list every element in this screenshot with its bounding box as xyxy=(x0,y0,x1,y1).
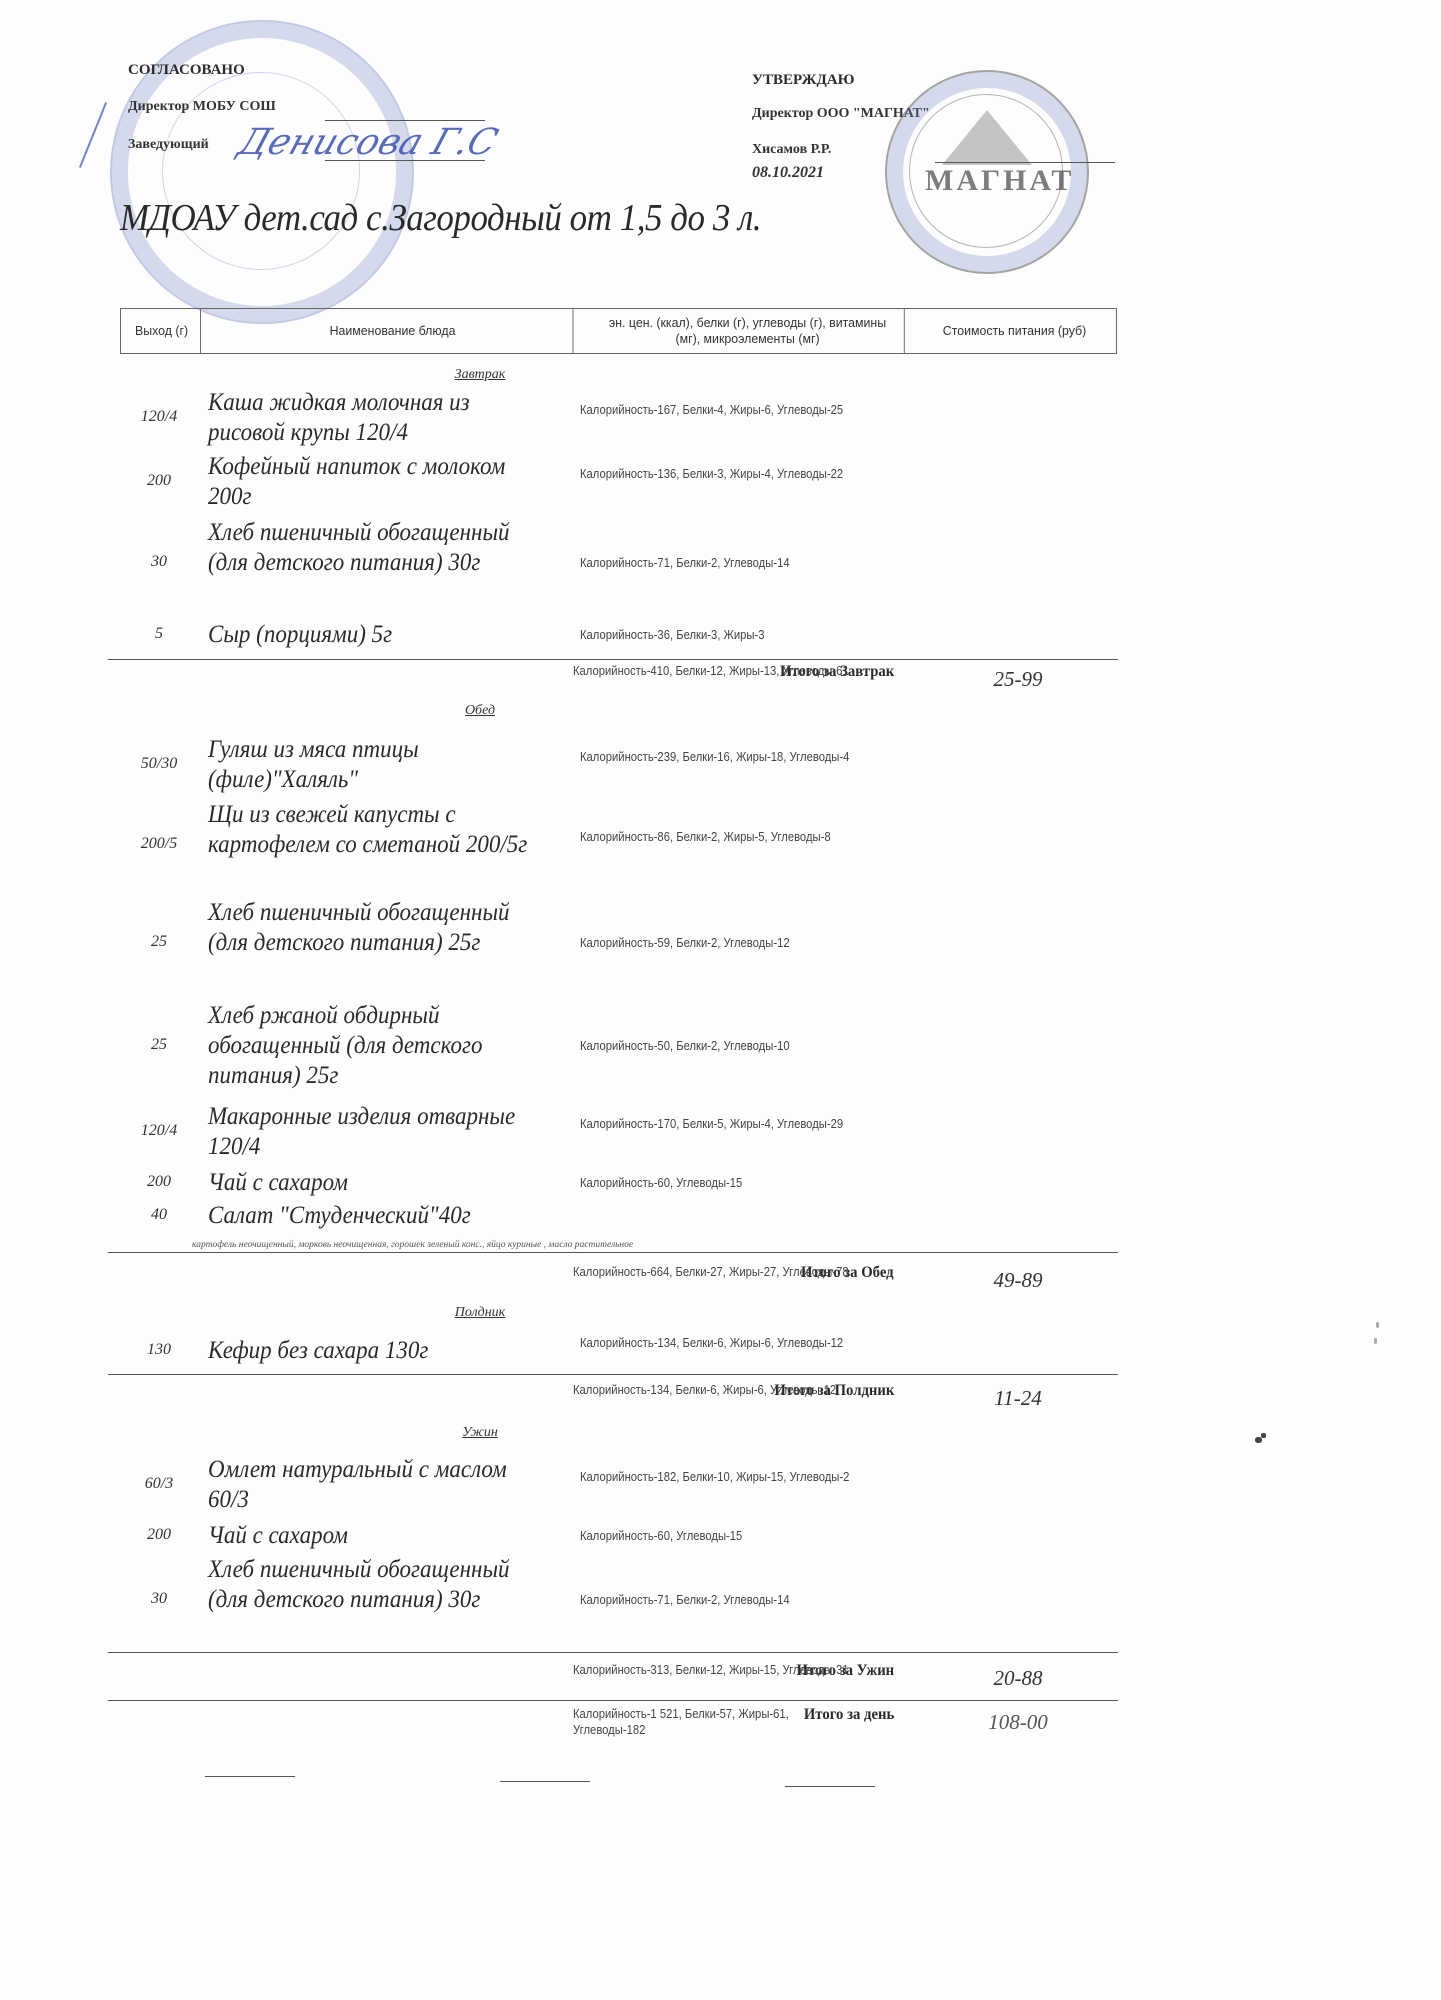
menu-item-row: 25Хлеб ржаной обдирный обогащенный (для … xyxy=(120,1001,1120,1091)
col-header-dish: Наименование блюда xyxy=(213,309,574,353)
section-total-nutrition: Калорийность-134, Белки-6, Жиры-6, Углев… xyxy=(573,1382,861,1398)
item-dish-name: Чай с сахаром xyxy=(208,1521,548,1551)
day-divider xyxy=(108,1700,1118,1701)
item-dish-name: Сыр (порциями) 5г xyxy=(208,620,548,650)
item-qty: 200 xyxy=(120,1173,198,1191)
item-nutrition: Калорийность-71, Белки-2, Углеводы-14 xyxy=(580,1592,868,1608)
item-nutrition: Калорийность-71, Белки-2, Углеводы-14 xyxy=(580,555,868,571)
approval-left-role: Заведующий xyxy=(128,137,209,153)
item-nutrition: Калорийность-36, Белки-3, Жиры-3 xyxy=(580,627,868,643)
col-header-cost: Стоимость питания (руб) xyxy=(918,309,1111,353)
col-header-qty: Выход (г) xyxy=(123,309,201,353)
item-nutrition: Калорийность-182, Белки-10, Жиры-15, Угл… xyxy=(580,1469,868,1485)
item-nutrition: Калорийность-60, Углеводы-15 xyxy=(580,1528,868,1544)
signature-stroke xyxy=(79,102,107,168)
menu-table-header: Выход (г) Наименование блюда эн. цен. (к… xyxy=(120,308,1117,354)
section-divider xyxy=(108,1252,1118,1253)
item-dish-name: Кофейный напиток с молоком 200г xyxy=(208,452,548,512)
footer-signature-line xyxy=(785,1786,875,1787)
item-qty: 25 xyxy=(120,933,198,951)
approval-left-position: Директор МОБУ СОШ xyxy=(128,99,276,115)
item-qty: 50/30 xyxy=(120,755,198,773)
item-qty: 200 xyxy=(120,1526,198,1544)
company-stamp: МАГНАТ xyxy=(885,70,1089,274)
approval-date: 08.10.2021 xyxy=(752,164,824,182)
item-dish-name: Хлеб пшеничный обогащенный (для детского… xyxy=(208,898,548,958)
item-qty: 130 xyxy=(120,1341,198,1359)
menu-item-row: 200Чай с сахаромКалорийность-60, Углевод… xyxy=(120,1521,1120,1551)
menu-item-row: 120/4Каша жидкая молочная из рисовой кру… xyxy=(120,388,1120,448)
section-heading-0: Завтрак xyxy=(180,367,780,383)
item-qty: 40 xyxy=(120,1206,198,1224)
item-nutrition: Калорийность-60, Углеводы-15 xyxy=(580,1175,868,1191)
scan-speck xyxy=(1255,1437,1262,1443)
mountain-icon xyxy=(942,110,1032,165)
signature-line xyxy=(935,162,1115,163)
section-heading-2: Полдник xyxy=(180,1305,780,1321)
item-dish-name: Кефир без сахара 130г xyxy=(208,1336,548,1366)
company-stamp-text: МАГНАТ xyxy=(925,164,1074,198)
scan-speck xyxy=(1374,1338,1377,1344)
handwritten-signature: Денисова Г.С xyxy=(233,122,502,163)
section-total-cost: 20-88 xyxy=(973,1666,1063,1691)
day-total-cost: 108-00 xyxy=(973,1710,1063,1735)
item-dish-name: Каша жидкая молочная из рисовой крупы 12… xyxy=(208,388,548,448)
menu-item-row: 200Чай с сахаромКалорийность-60, Углевод… xyxy=(120,1168,1120,1198)
menu-item-row: 130Кефир без сахара 130гКалорийность-134… xyxy=(120,1336,1120,1366)
item-dish-name: Омлет натуральный с маслом 60/3 xyxy=(208,1455,548,1515)
menu-item-row: 30Хлеб пшеничный обогащенный (для детско… xyxy=(120,518,1120,608)
item-qty: 200/5 xyxy=(120,835,198,853)
page-title: МДОАУ дет.сад с.Загородный от 1,5 до 3 л… xyxy=(120,196,761,240)
section-total-nutrition: Калорийность-664, Белки-27, Жиры-27, Угл… xyxy=(573,1264,861,1280)
item-nutrition: Калорийность-59, Белки-2, Углеводы-12 xyxy=(580,935,868,951)
approval-right-heading: УТВЕРЖДАЮ xyxy=(752,72,855,89)
menu-item-row: 60/3Омлет натуральный с маслом 60/3Калор… xyxy=(120,1455,1120,1515)
item-nutrition: Калорийность-86, Белки-2, Жиры-5, Углево… xyxy=(580,829,868,845)
approval-left-heading: СОГЛАСОВАНО xyxy=(128,62,245,79)
scan-speck xyxy=(1376,1322,1379,1328)
approval-left: СОГЛАСОВАНО xyxy=(128,62,245,79)
item-qty: 120/4 xyxy=(120,1122,198,1140)
item-dish-name: Хлеб пшеничный обогащенный (для детского… xyxy=(208,1555,548,1615)
section-total-cost: 49-89 xyxy=(973,1268,1063,1293)
item-qty: 120/4 xyxy=(120,408,198,426)
item-qty: 60/3 xyxy=(120,1475,198,1493)
item-dish-name: Салат "Студенческий"40г xyxy=(208,1201,548,1231)
item-qty: 30 xyxy=(120,1590,198,1608)
day-total-nutrition: Калорийность-1 521, Белки-57, Жиры-61, У… xyxy=(573,1706,861,1738)
section-total-nutrition: Калорийность-410, Белки-12, Жиры-13, Угл… xyxy=(573,663,861,679)
section-divider xyxy=(108,1374,1118,1375)
menu-item-row: 5Сыр (порциями) 5гКалорийность-36, Белки… xyxy=(120,620,1120,650)
item-nutrition: Калорийность-170, Белки-5, Жиры-4, Углев… xyxy=(580,1116,868,1132)
menu-item-row: 50/30 Гуляш из мяса птицы (филе)"Халяль"… xyxy=(120,735,1120,795)
menu-item-row: 120/4Макаронные изделия отварные 120/4Ка… xyxy=(120,1102,1120,1162)
item-nutrition: Калорийность-50, Белки-2, Углеводы-10 xyxy=(580,1038,868,1054)
section-divider xyxy=(108,659,1118,660)
menu-item-row: 25Хлеб пшеничный обогащенный (для детско… xyxy=(120,898,1120,988)
menu-item-row: 200/5Щи из свежей капусты с картофелем с… xyxy=(120,800,1120,890)
footer-signature-line xyxy=(500,1781,590,1782)
scan-speck xyxy=(1261,1433,1266,1438)
item-ingredients: картофель неочищенный, морковь неочищенн… xyxy=(192,1240,633,1250)
item-dish-name: Чай с сахаром xyxy=(208,1168,548,1198)
section-total-cost: 25-99 xyxy=(973,667,1063,692)
item-dish-name: Хлеб ржаной обдирный обогащенный (для де… xyxy=(208,1001,548,1091)
item-qty: 5 xyxy=(120,625,198,643)
section-heading-3: Ужин xyxy=(180,1425,780,1441)
approval-right-name: Хисамов Р.Р. xyxy=(752,142,831,158)
item-dish-name: Гуляш из мяса птицы (филе)"Халяль" xyxy=(208,735,548,795)
signature-line xyxy=(325,120,485,121)
item-dish-name: Щи из свежей капусты с картофелем со сме… xyxy=(208,800,548,860)
menu-item-row: 30Хлеб пшеничный обогащенный (для детско… xyxy=(120,1555,1120,1645)
signature-line xyxy=(325,160,485,161)
section-heading-1: Обед xyxy=(180,703,780,719)
item-dish-name: Хлеб пшеничный обогащенный (для детского… xyxy=(208,518,548,578)
item-nutrition: Калорийность-167, Белки-4, Жиры-6, Углев… xyxy=(580,402,868,418)
item-dish-name: Макаронные изделия отварные 120/4 xyxy=(208,1102,548,1162)
menu-item-row: 200Кофейный напиток с молоком 200гКалори… xyxy=(120,452,1120,512)
item-qty: 25 xyxy=(120,1036,198,1054)
col-header-nutrition: эн. цен. (ккал), белки (г), углеводы (г)… xyxy=(591,309,905,353)
menu-item-row: 40Салат "Студенческий"40г xyxy=(120,1201,1120,1231)
item-qty: 30 xyxy=(120,553,198,571)
item-nutrition: Калорийность-136, Белки-3, Жиры-4, Углев… xyxy=(580,466,868,482)
item-nutrition: Калорийность-239, Белки-16, Жиры-18, Угл… xyxy=(580,749,868,765)
section-divider xyxy=(108,1652,1118,1653)
item-nutrition: Калорийность-134, Белки-6, Жиры-6, Углев… xyxy=(580,1335,868,1351)
section-total-cost: 11-24 xyxy=(973,1386,1063,1411)
footer-signature-line xyxy=(205,1776,295,1777)
section-total-nutrition: Калорийность-313, Белки-12, Жиры-15, Угл… xyxy=(573,1662,861,1678)
item-qty: 200 xyxy=(120,472,198,490)
